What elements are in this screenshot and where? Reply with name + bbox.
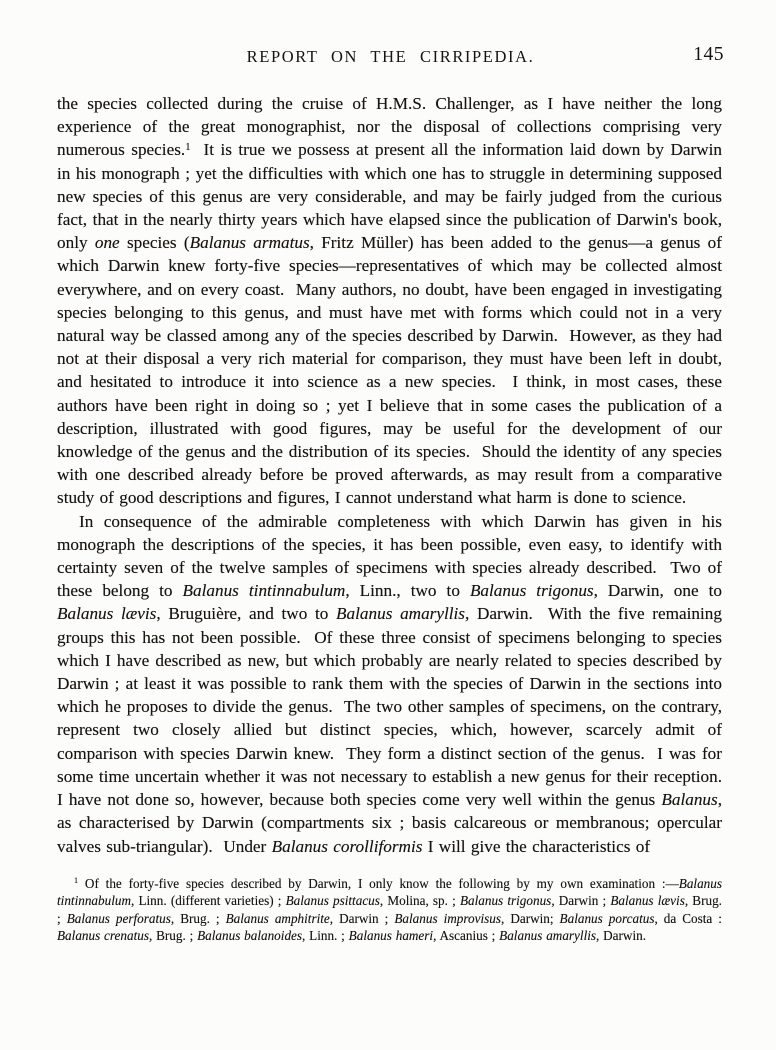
body-text: the species collected during the cruise … bbox=[57, 92, 722, 858]
paragraph-2: In consequence of the admirable complete… bbox=[57, 510, 722, 858]
page-number: 145 bbox=[693, 44, 724, 66]
page-header: REPORT ON THE CIRRIPEDIA. 145 bbox=[57, 47, 724, 67]
footnote: 1 Of the forty-five species described by… bbox=[57, 875, 722, 945]
running-title: REPORT ON THE CIRRIPEDIA. bbox=[247, 47, 535, 66]
paragraph-1: the species collected during the cruise … bbox=[57, 92, 722, 510]
book-page: REPORT ON THE CIRRIPEDIA. 145 the specie… bbox=[0, 0, 776, 1050]
